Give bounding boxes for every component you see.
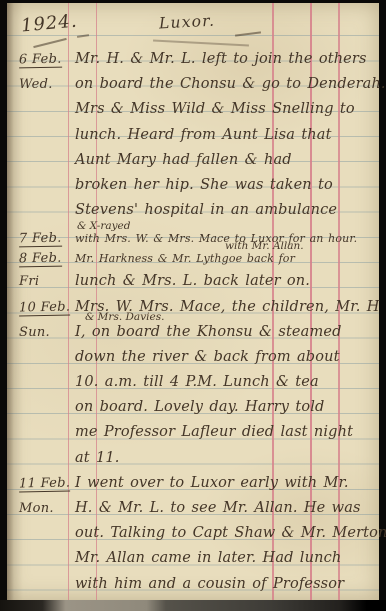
- diary-row: Frilunch & Mrs. L. back later on.: [13, 269, 377, 294]
- entry-date-label: [13, 123, 75, 148]
- entry-date-label: 10 Feb.: [13, 295, 75, 320]
- entry-date-label: Sun.: [13, 320, 75, 345]
- interlinear-note: & Mrs. Davies.: [85, 312, 164, 322]
- diary-row: with him and a cousin of Professor: [13, 572, 377, 597]
- interlinear-note: & X-rayed: [77, 221, 130, 231]
- diary-row: lunch. Heard from Aunt Lisa that: [13, 123, 377, 148]
- year-heading: 1924.: [20, 11, 78, 37]
- diary-row: 6 Feb.Mr. H. & Mr. L. left to join the o…: [13, 47, 377, 72]
- entry-date-label: [13, 198, 75, 223]
- entry-text-line: at 11.: [75, 446, 377, 471]
- entry-text-line: I went over to Luxor early with Mr.: [75, 471, 377, 496]
- entry-text-line: Mr. Harkness & Mr. Lythgoe back for: [75, 249, 377, 269]
- entry-date-label: 6 Feb.: [13, 47, 75, 72]
- entry-date-label: 11 Feb.: [13, 471, 75, 496]
- pen-flourish: [235, 31, 261, 36]
- entry-text-line: down the river & back from about: [75, 345, 377, 370]
- interlinear-note: with Mr. Allan.: [225, 241, 304, 251]
- entry-date-label: [13, 521, 75, 546]
- entry-text-line: out. Talking to Capt Shaw & Mr. Merton.: [75, 521, 386, 546]
- page-header: 1924. Luxor.: [7, 9, 379, 49]
- diary-row: Mr. Allan came in later. Had lunch: [13, 546, 377, 571]
- pen-flourish: [77, 34, 89, 37]
- diary-row: at 11.: [13, 446, 377, 471]
- entry-date-label: [13, 446, 75, 471]
- diary-rows: 6 Feb.Mr. H. & Mr. L. left to join the o…: [13, 47, 377, 597]
- diary-row: Wed.on board the Chonsu & go to Denderah…: [13, 72, 377, 97]
- diary-row: 10. a.m. till 4 P.M. Lunch & tea: [13, 370, 377, 395]
- diary-row: down the river & back from about: [13, 345, 377, 370]
- entry-date-label: Wed.: [13, 72, 75, 97]
- entry-text-line: with him and a cousin of Professor: [75, 572, 377, 597]
- entry-text-line: Mrs & Miss Wild & Miss Snelling to: [75, 97, 377, 122]
- diary-row: Sun.I, on board the Khonsu & steamed& Mr…: [13, 320, 377, 345]
- entry-text-line: me Professor Lafleur died last night: [75, 420, 377, 445]
- diary-row: Aunt Mary had fallen & had: [13, 148, 377, 173]
- entry-date-label: [13, 572, 75, 597]
- entry-text-line: lunch. Heard from Aunt Lisa that: [75, 123, 377, 148]
- entry-text-line: on board. Lovely day. Harry told: [75, 395, 377, 420]
- entry-text-line: I, on board the Khonsu & steamed: [75, 320, 377, 345]
- diary-page: 1924. Luxor. 6 Feb.Mr. H. & Mr. L. left …: [7, 3, 379, 600]
- page-bottom-edge: [0, 600, 386, 611]
- entry-text-line: Mr. Allan came in later. Had lunch: [75, 546, 377, 571]
- diary-row: 10 Feb.Mrs. W. Mrs. Mace, the children, …: [13, 295, 377, 320]
- entry-date-label: [13, 97, 75, 122]
- entry-date-label: 8 Feb.: [13, 249, 75, 269]
- diary-row: 11 Feb.I went over to Luxor early with M…: [13, 471, 377, 496]
- diary-photo-frame: 1924. Luxor. 6 Feb.Mr. H. & Mr. L. left …: [0, 0, 386, 611]
- diary-row: me Professor Lafleur died last night: [13, 420, 377, 445]
- diary-row: Stevens' hospital in an ambulance: [13, 198, 377, 223]
- entry-text-line: on board the Chonsu & go to Denderah.: [75, 72, 386, 97]
- diary-row: Mrs & Miss Wild & Miss Snelling to: [13, 97, 377, 122]
- entry-date-label: [13, 546, 75, 571]
- entry-date-label: Fri: [13, 269, 75, 294]
- entry-text-line: lunch & Mrs. L. back later on.: [75, 269, 377, 294]
- entry-text-line: H. & Mr. L. to see Mr. Allan. He was: [75, 496, 377, 521]
- entry-date-label: [13, 370, 75, 395]
- entry-text-line: 10. a.m. till 4 P.M. Lunch & tea: [75, 370, 377, 395]
- entry-text-line: Aunt Mary had fallen & had: [75, 148, 377, 173]
- diary-row: broken her hip. She was taken to: [13, 173, 377, 198]
- diary-row: on board. Lovely day. Harry told: [13, 395, 377, 420]
- page-title: Luxor.: [159, 12, 216, 33]
- entry-text-line: Mr. H. & Mr. L. left to join the others: [75, 47, 377, 72]
- entry-text-line: broken her hip. She was taken to: [75, 173, 377, 198]
- pen-flourish: [153, 39, 249, 46]
- diary-row: out. Talking to Capt Shaw & Mr. Merton.: [13, 521, 377, 546]
- entry-date-label: [13, 173, 75, 198]
- entry-date-label: [13, 420, 75, 445]
- entry-date-label: [13, 345, 75, 370]
- entry-date-label: [13, 148, 75, 173]
- entry-date-label: 7 Feb.: [13, 229, 75, 249]
- entry-date-label: Mon.: [13, 496, 75, 521]
- diary-row: Mon.H. & Mr. L. to see Mr. Allan. He was: [13, 496, 377, 521]
- diary-row: 8 Feb.Mr. Harkness & Mr. Lythgoe back fo…: [13, 249, 377, 269]
- entry-date-label: [13, 395, 75, 420]
- diary-row: 7 Feb.with Mrs. W. & Mrs. Mace to Luxor …: [13, 229, 377, 249]
